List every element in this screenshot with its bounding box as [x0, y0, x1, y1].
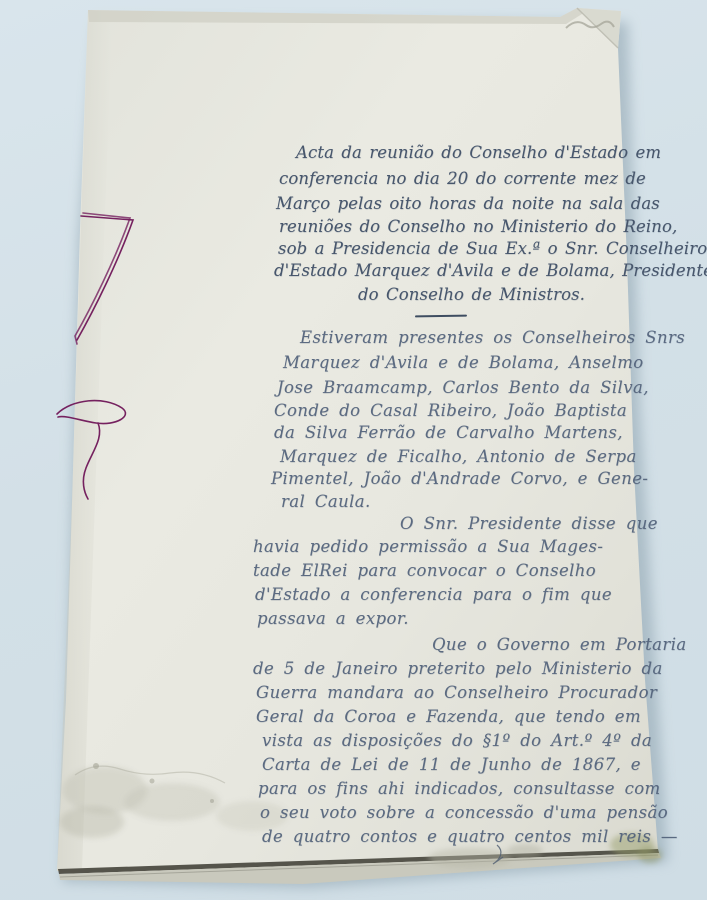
president-line: havia pedido permissão a Sua Mages-: [253, 537, 603, 556]
heading-line: conferencia no dia 20 do corrente mez de: [279, 169, 646, 188]
photo-of-manuscript: Acta da reunião do Conselho d'Estado em …: [0, 0, 707, 900]
president-line: passava a expor.: [257, 609, 409, 628]
heading-line: sob a Presidencia de Sua Ex.ª o Snr. Con…: [278, 239, 707, 258]
president-line: d'Estado a conferencia para o fim que: [255, 585, 612, 604]
manuscript-text: Acta da reunião do Conselho d'Estado em …: [0, 0, 707, 900]
attendees-line: Conde do Casal Ribeiro, João Baptista: [274, 401, 627, 420]
attendees-line: da Silva Ferrão de Carvalho Martens,: [274, 423, 623, 442]
attendees-line: Estiveram presentes os Conselheiros Snrs: [300, 328, 685, 347]
consultation-line: Geral da Coroa e Fazenda, que tendo em: [256, 707, 641, 726]
attendees-line: ral Caula.: [281, 492, 371, 511]
section-divider-rule: [415, 315, 467, 318]
heading-line: do Conselho de Ministros.: [358, 285, 585, 304]
attendees-line: Jose Braamcamp, Carlos Bento da Silva,: [277, 378, 649, 397]
heading-line: Março pelas oito horas da noite na sala …: [276, 194, 660, 213]
president-line: O Snr. Presidente disse que: [400, 514, 658, 533]
heading-line: reuniões do Conselho no Ministerio do Re…: [279, 217, 677, 236]
heading-line: Acta da reunião do Conselho d'Estado em: [296, 143, 661, 162]
attendees-line: Marquez d'Avila e de Bolama, Anselmo: [283, 353, 644, 372]
consultation-line: o seu voto sobre a concessão d'uma pensã…: [260, 803, 668, 822]
consultation-line: vista as disposições do §1º do Art.º 4º …: [262, 731, 652, 750]
consultation-line: de 5 de Janeiro preterito pelo Ministeri…: [253, 659, 663, 678]
consultation-line: para os fins ahi indicados, consultasse …: [258, 779, 661, 798]
heading-line: d'Estado Marquez d'Avila e de Bolama, Pr…: [274, 261, 707, 280]
consultation-line: de quatro contos e quatro centos mil rei…: [262, 827, 678, 846]
consultation-line: Que o Governo em Portaria: [432, 635, 687, 654]
president-line: tade ElRei para convocar o Conselho: [253, 561, 596, 580]
attendees-line: Pimentel, João d'Andrade Corvo, e Gene-: [271, 469, 648, 488]
attendees-line: Marquez de Ficalho, Antonio de Serpa: [280, 447, 637, 466]
consultation-line: Guerra mandara ao Conselheiro Procurador: [256, 683, 657, 702]
consultation-line: Carta de Lei de 11 de Junho de 1867, e: [262, 755, 641, 774]
